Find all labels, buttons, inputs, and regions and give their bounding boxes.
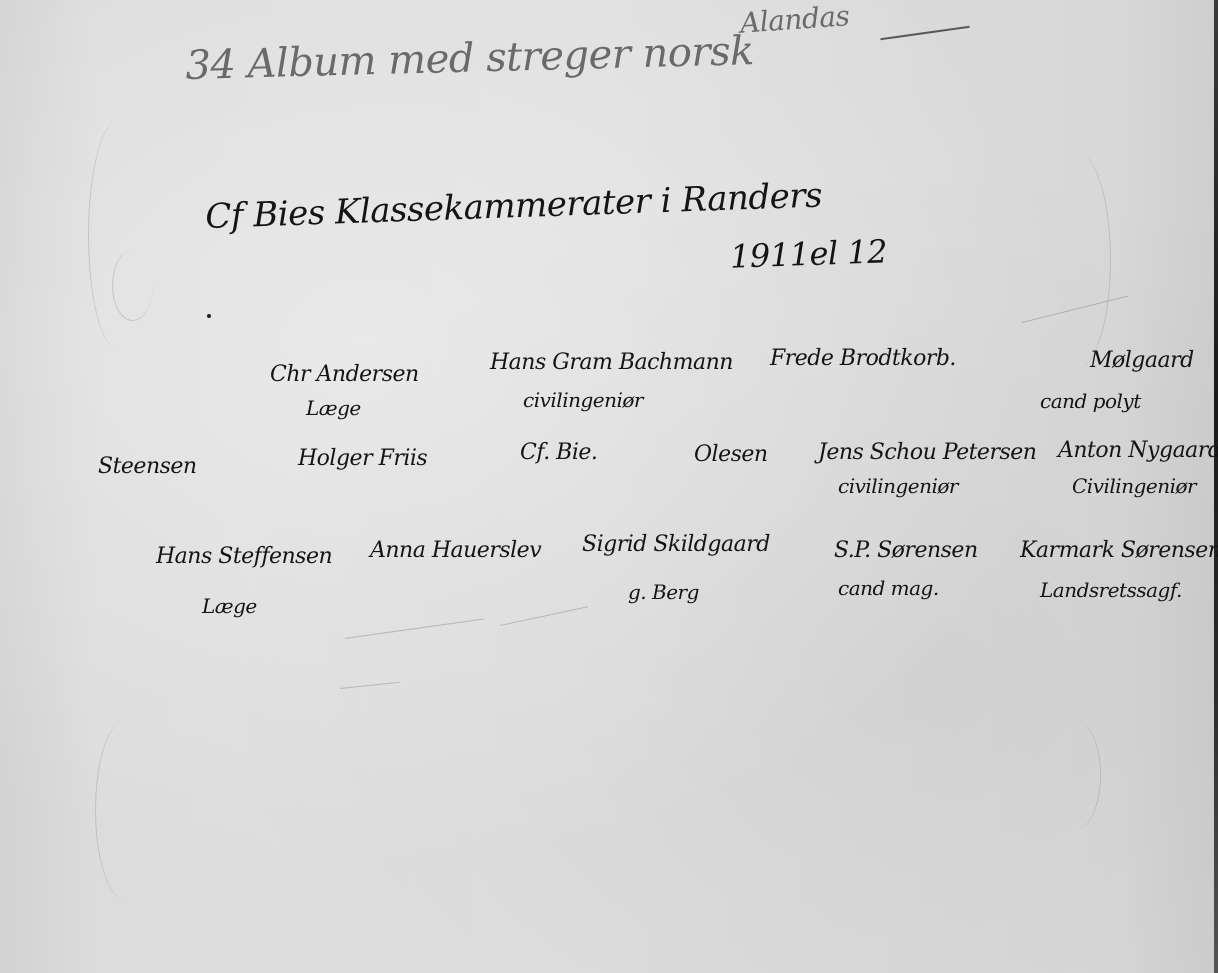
- classmate-name: Anton Nygaard: [1058, 440, 1218, 462]
- classmate-name: Olesen: [694, 444, 768, 466]
- classmate-name: Cf. Bie.: [520, 442, 597, 464]
- classmate-note: civilingeniør: [523, 390, 643, 410]
- classmate-name: Holger Friis: [298, 448, 427, 470]
- frame-curve-right-bottom: [1050, 720, 1101, 830]
- ink-dot: [207, 314, 211, 318]
- classmate-name: Hans Steffensen: [156, 546, 332, 568]
- frame-curve-left-mid: [112, 250, 153, 321]
- classmate-note: g. Berg: [628, 582, 699, 602]
- faint-scratch-4: [340, 682, 400, 689]
- photo-back-paper: Alandas 34 Album med streger norsk Cf Bi…: [0, 0, 1218, 973]
- classmate-note: cand polyt: [1040, 391, 1141, 411]
- classmate-name: S.P. Sørensen: [834, 540, 978, 562]
- pencil-annotation-top-right: Alandas: [739, 2, 850, 38]
- classmate-name: Hans Gram Bachmann: [490, 352, 733, 374]
- classmate-note: Læge: [202, 596, 257, 616]
- classmate-note: Læge: [306, 398, 361, 418]
- classmate-name: Sigrid Skildgaard: [582, 534, 770, 556]
- classmate-name: Karmark Sørensen: [1020, 540, 1218, 562]
- faint-scratch-2: [345, 619, 484, 639]
- classmate-note: Civilingeniør: [1072, 476, 1196, 496]
- photo-edge-dark-strip: [1214, 0, 1218, 973]
- classmate-name: Steensen: [98, 456, 197, 478]
- classmate-name: Mølgaard: [1090, 350, 1194, 372]
- classmate-note: cand mag.: [838, 578, 939, 598]
- pencil-annotation-line: 34 Album med streger norsk: [185, 31, 754, 86]
- classmate-note: civilingeniør: [838, 476, 958, 496]
- document-title: Cf Bies Klassekammerater i Randers: [205, 178, 823, 234]
- pencil-underline: [880, 26, 969, 41]
- classmate-name: Anna Hauerslev: [370, 540, 541, 562]
- classmate-name: Chr Andersen: [270, 364, 419, 386]
- faint-scratch-3: [500, 606, 588, 626]
- classmate-name: Frede Brodtkorb.: [770, 348, 956, 370]
- document-year: 1911el 12: [729, 235, 887, 272]
- frame-curve-right-top: [1040, 150, 1111, 370]
- classmate-name: Jens Schou Petersen: [818, 442, 1036, 464]
- frame-curve-left-bottom: [95, 720, 156, 900]
- classmate-note: Landsretssagf.: [1040, 580, 1182, 600]
